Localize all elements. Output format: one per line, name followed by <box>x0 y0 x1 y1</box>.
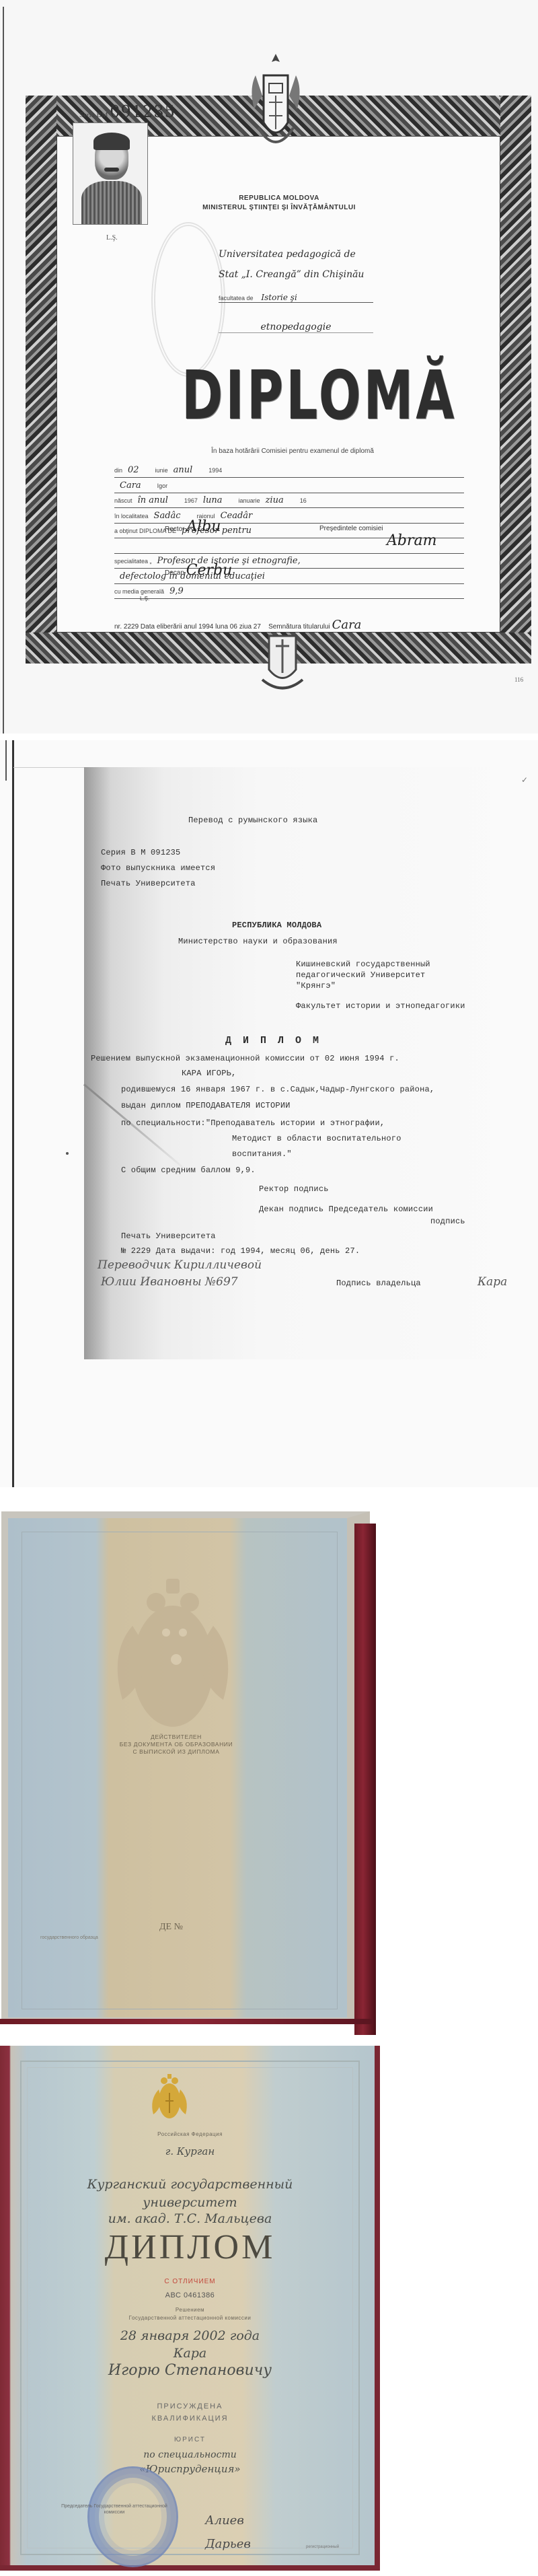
serial-number: Seria ВМ 091235 <box>79 102 176 121</box>
series-line: Серия В М 091235 <box>101 848 180 857</box>
federation-label: Российская Федерация <box>67 2131 313 2137</box>
faculty-field: facultatea de Istorie şi <box>219 293 373 303</box>
field-label: din <box>114 467 122 474</box>
faculty-value: Istorie şi <box>261 293 297 302</box>
document-title: Д И П Л О М <box>225 1035 321 1046</box>
field-label: 16 <box>300 497 307 504</box>
double-headed-eagle-watermark-icon <box>102 1572 243 1740</box>
signature-word: подпись <box>430 1217 465 1226</box>
seal-line-2: Печать Университета <box>121 1231 216 1241</box>
diploma-title: ДИПЛОМ <box>67 2227 313 2267</box>
qualification-heading-2: КВАЛИФИКАЦИЯ <box>67 2414 313 2423</box>
scan-edge-line <box>3 7 4 734</box>
holder-signature-label: Semnătura titularului <box>268 623 330 631</box>
republic-heading: REPUBLICA MOLDOVA <box>171 194 387 203</box>
russian-eagle-emblem-icon <box>149 2073 190 2123</box>
honors-label: С ОТЛИЧИЕМ <box>67 2278 313 2285</box>
diploma-field-row: din02iunieanul1994 <box>114 464 464 478</box>
serial-value: 091235 <box>110 102 176 121</box>
university-seal-stamp <box>87 2466 178 2567</box>
moldova-diploma-scan: Seria ВМ 091235 L.Ş. REPUBLICA MOLDOVA M… <box>0 0 538 734</box>
cover-bottom-edge <box>0 2019 373 2024</box>
dean-label: Decan <box>165 569 184 577</box>
specialty-line-3: воспитания." <box>232 1149 292 1159</box>
field-value: anul <box>174 465 193 475</box>
cover-caption-line-2: БЕЗ ДОКУМЕНТА ОБ ОБРАЗОВАНИИ <box>89 1741 264 1748</box>
translator-handwriting-1: Переводчик Кирилличевой <box>98 1258 262 1272</box>
rector-signature-line: Ректор подпись <box>259 1184 329 1194</box>
dean-signature: Decan Cerbu <box>165 562 232 579</box>
diploma-title: DIPLOMĂ <box>182 357 403 435</box>
qualification-value: ЮРИСТ <box>67 2436 313 2443</box>
scan-edge-line <box>5 740 7 781</box>
field-label: cu media generală <box>114 588 164 595</box>
serial-label: Seria ВМ <box>79 111 108 119</box>
cover-caption: ДЕЙСТВИТЕЛЕН БЕЗ ДОКУМЕНТА ОБ ОБРАЗОВАНИ… <box>89 1733 264 1756</box>
faculty-label: facultatea de <box>219 295 254 301</box>
commission-label: Preşedintele comisiei <box>319 525 436 532</box>
ornamental-frame-right <box>500 96 531 664</box>
decision-line: Решением выпускной экзаменационной комис… <box>91 1054 399 1063</box>
field-label: 1994 <box>208 467 222 474</box>
cover-small-note: государственного образца <box>40 1935 98 1940</box>
cover-caption-line-1: ДЕЙСТВИТЕЛЕН <box>89 1733 264 1741</box>
commission-label: Государственной аттестационной комиссии <box>67 2315 313 2321</box>
russian-diploma-scan: Российская Федерация г. Курган Кургански… <box>0 2046 383 2576</box>
secretary-signature: Дарьев <box>205 2537 251 2551</box>
average-grade-line: С общим средним баллом 9,9. <box>121 1166 256 1175</box>
commission-chair-label: Председатель Государственной аттестацион… <box>57 2503 171 2515</box>
moldova-coat-of-arms-icon <box>249 48 303 163</box>
field-value: Cara <box>120 480 141 491</box>
field-label: 1967 <box>184 497 198 504</box>
issuing-authority: REPUBLICA MOLDOVA MINISTERUL ŞTIINŢEI ŞI… <box>171 194 387 213</box>
field-label: în localitatea <box>114 513 149 520</box>
translation-header: Перевод с румынского языка <box>188 816 317 825</box>
graduate-name: КАРА ИГОРЬ, <box>182 1069 236 1078</box>
field-label: Igor <box>157 482 168 489</box>
university-line-2: университет <box>67 2195 313 2210</box>
cover-panel: ДЕЙСТВИТЕЛЕН БЕЗ ДОКУМЕНТА ОБ ОБРАЗОВАНИ… <box>1 1511 370 2024</box>
specialty-line-1: по специальности <box>67 2449 313 2460</box>
field-label: iunie <box>155 467 168 474</box>
owner-signature: Кара <box>477 1275 507 1289</box>
university-line-2: педагогический Университет <box>296 970 425 980</box>
diploma-subtitle: În baza hotărârii Comisiei pentru examen… <box>182 448 403 455</box>
russian-translation-scan: ✓ Перевод с румынского языка Серия В М 0… <box>0 740 538 1487</box>
dean-signature-line: Декан подпись Председатель комиссии <box>259 1205 433 1214</box>
specialty-line: по специальности:"Преподаватель истории … <box>121 1118 385 1128</box>
ornamental-frame-left <box>26 96 56 664</box>
decision-label: Решением <box>67 2307 313 2313</box>
specialty-line-2: Методист в области воспитательного <box>232 1134 401 1143</box>
specialty-line-2: «Юриспруденция» <box>67 2463 313 2475</box>
ministry-line: Министерство науки и образования <box>178 937 338 946</box>
country-line: РЕСПУБЛИКА МОЛДОВА <box>232 921 321 930</box>
stamp-label: L.Ş. <box>140 596 149 602</box>
field-label: născut <box>114 497 132 504</box>
rector-signature: Rector Albu <box>165 518 221 535</box>
diploma-field-row: născutîn anul1967lunaianuarieziua16 <box>114 495 464 508</box>
bottom-crest-icon <box>259 633 306 693</box>
faculty-field-continued: etnopedagogie <box>219 322 373 333</box>
commission-signature: Preşedintele comisiei Abram <box>319 525 436 549</box>
seal-line: Печать Университета <box>101 879 196 888</box>
issued-line: выдан диплом ПРЕПОДАВАТЕЛЯ ИСТОРИИ <box>121 1101 291 1110</box>
university-line-3: "Крянгэ" <box>296 981 336 991</box>
chair-signature: Алиев <box>205 2513 244 2528</box>
university-line-3: им. акад. Т.С. Мальцева <box>67 2211 313 2226</box>
holder-signature: Cara <box>332 618 362 632</box>
field-value: luna <box>203 495 223 505</box>
institution-line-1: Universitatea pedagogică de <box>219 249 373 260</box>
scan-edge-line-2 <box>12 740 14 1487</box>
faculty-line: Факультет истории и этнопедагогики <box>296 1001 465 1011</box>
field-value: în anul <box>138 495 168 505</box>
diploma-cover-inside: ДЕЙСТВИТЕЛЕН БЕЗ ДОКУМЕНТА ОБ ОБРАЗОВАНИ… <box>0 1507 377 2026</box>
university-line-1: Курганский государственный <box>67 2177 313 2192</box>
photo-line: Фото выпускника имеется <box>101 863 215 873</box>
holder-photo <box>73 122 148 225</box>
ministry-heading: MINISTERUL ŞTIINŢEI ŞI ÎNVĂŢĂMÂNTULUI <box>171 203 387 213</box>
cover-caption-line-3: С ВЫПИСКОЙ ИЗ ДИПЛОМА <box>89 1748 264 1756</box>
punch-dot <box>66 1152 69 1155</box>
field-value: 02 <box>128 465 139 475</box>
city-name: г. Курган <box>67 2145 313 2157</box>
diploma-field-row: CaraIgor <box>114 480 464 493</box>
owner-signature-label: Подпись владельца <box>336 1279 421 1288</box>
registration-line: № 2229 Дата выдачи: год 1994, месяц 06, … <box>121 1246 360 1256</box>
dean-signature-value: Cerbu <box>186 562 233 579</box>
holder-name: Игорю Степановичу <box>67 2362 313 2379</box>
registration-line: nr. 2229 Data eliberării anul 1994 luna … <box>114 618 477 632</box>
diploma-field-row: cu media generală9,9 <box>114 585 464 599</box>
registration-number: АВС 0461386 <box>67 2291 313 2299</box>
university-line-1: Кишиневский государственный <box>296 960 430 969</box>
rector-label: Rector <box>165 526 184 533</box>
corner-mark: ✓ <box>521 775 528 785</box>
rector-signature-value: Albu <box>186 518 221 535</box>
cover-spine <box>354 1524 376 2035</box>
birth-line: родившемуся 16 января 1967 г. в с.Садык,… <box>121 1085 434 1094</box>
faded-seal-stamp <box>151 222 225 377</box>
translator-handwriting-2: Юлии Ивановны №697 <box>101 1275 238 1289</box>
institution-line-2: Stat „I. Creangă” din Chişinău <box>219 269 373 280</box>
page-note: 116 <box>514 676 523 683</box>
field-label: specialitatea „ <box>114 558 152 565</box>
field-value: Ceadâr <box>221 511 253 521</box>
commission-signature-value: Abram <box>387 532 436 549</box>
cover-number: ДЕ № <box>159 1922 183 1933</box>
field-value: ziua <box>266 495 284 505</box>
holder-surname: Кара <box>67 2346 313 2361</box>
photo-stamp-label: L.Ş. <box>106 234 118 242</box>
award-date: 28 января 2002 года <box>67 2328 313 2343</box>
qualification-heading-1: ПРИСУЖДЕНА <box>67 2402 313 2410</box>
registration-text: nr. 2229 Data eliberării anul 1994 luna … <box>114 623 261 631</box>
field-value: 9,9 <box>169 586 184 596</box>
field-label: ianuarie <box>239 497 260 504</box>
corner-note: регистрационный <box>306 2545 339 2549</box>
